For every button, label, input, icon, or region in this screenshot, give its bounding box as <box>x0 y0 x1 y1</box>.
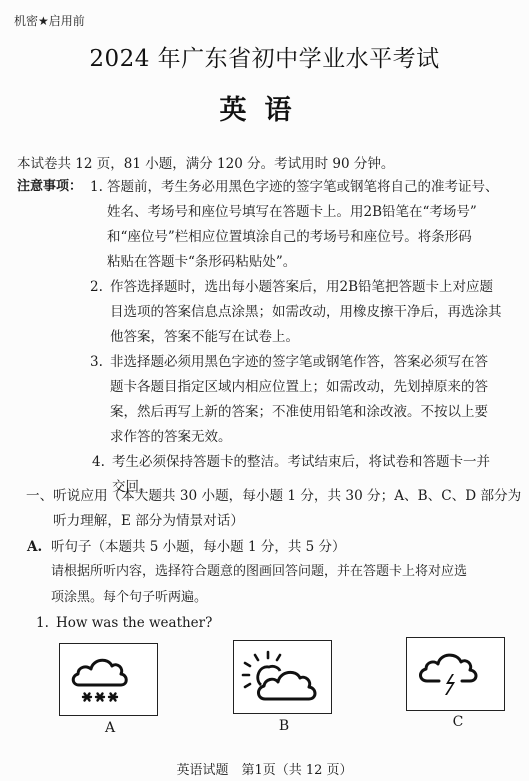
notice-item-line: 题卡各题目指定区域内相应位置上；如需改动，先划掉原来的答 <box>110 378 488 396</box>
thunder-cloud-icon <box>407 638 504 710</box>
option-a-label: A <box>95 720 125 736</box>
notice-item-num: 3. <box>90 353 103 371</box>
option-c-picture[interactable] <box>406 637 505 711</box>
part-a-instructions-cont: 项涂黑。每个句子听两遍。 <box>51 589 207 607</box>
option-a-picture[interactable] <box>59 643 158 716</box>
notice-item-line: 和“座位号”栏相应位置填涂自己的考场号和座位号。将条形码 <box>107 228 472 246</box>
part-a-instructions: 请根据所听内容，选择符合题意的图画回答问题，并在答题卡上将对应选 <box>51 563 467 581</box>
notice-item-line: 求作答的答案无效。 <box>110 428 232 446</box>
notice-item-line: 粘贴在答题卡“条形码粘贴处”。 <box>107 253 296 271</box>
question-text: How was the weather? <box>56 614 212 632</box>
notice-item-line: 他答案，答案不能写在试卷上。 <box>110 328 299 346</box>
notice-item-line: 作答选择题时，选出每小题答案后，用2B铅笔把答题卡上对应题 <box>110 278 493 296</box>
section-heading: 一、听说应用（本大题共 30 小题，每小题 1 分，共 30 分；A、B、C、D… <box>26 487 521 505</box>
notice-item-line: 案，然后再写上新的答案；不准使用铅笔和涂改液。不按以上要 <box>110 403 488 421</box>
exam-title: 2024 年广东省初中学业水平考试 <box>0 40 529 73</box>
notice-item-line: 目选项的答案信息点涂黑；如需改动，用橡皮擦干净后，再选涂其 <box>110 303 502 321</box>
notice-label: 注意事项： <box>17 178 82 196</box>
part-a-label: A. <box>27 538 42 556</box>
option-b-label: B <box>269 718 299 734</box>
confidential-label: 机密★启用前 <box>14 12 85 29</box>
section-heading-cont: 听力理解，E 部分为情景对话） <box>53 512 244 530</box>
notice-item-line: 考生必须保持答题卡的整洁。考试结束后，将试卷和答题卡一并 <box>112 453 490 471</box>
notice-item-num: 1. <box>90 178 103 196</box>
subject-title: 英语 <box>0 88 529 127</box>
notice-item-line: 答题前，考生务必用黑色字迹的签字笔或钢笔将自己的准考证号、 <box>107 178 499 196</box>
partly-cloudy-icon <box>234 641 331 713</box>
page-footer: 英语试题 第1页（共 12 页） <box>0 759 529 778</box>
snow-cloud-icon <box>60 644 157 715</box>
notice-item-num: 2. <box>90 278 103 296</box>
intro-text: 本试卷共 12 页，81 小题，满分 120 分。考试用时 90 分钟。 <box>17 155 394 173</box>
question-num: 1. <box>36 614 49 632</box>
part-a-title: 听句子（本题共 5 小题，每小题 1 分，共 5 分） <box>51 538 346 556</box>
option-b-picture[interactable] <box>233 640 332 714</box>
notice-item-line: 姓名、考场号和座位号填写在答题卡上。用2B铅笔在“考场号” <box>107 203 477 221</box>
notice-item-num: 4. <box>92 453 105 471</box>
option-c-label: C <box>443 714 473 730</box>
notice-item-line: 非选择题必须用黑色字迹的签字笔或钢笔作答，答案必须写在答 <box>110 353 488 371</box>
